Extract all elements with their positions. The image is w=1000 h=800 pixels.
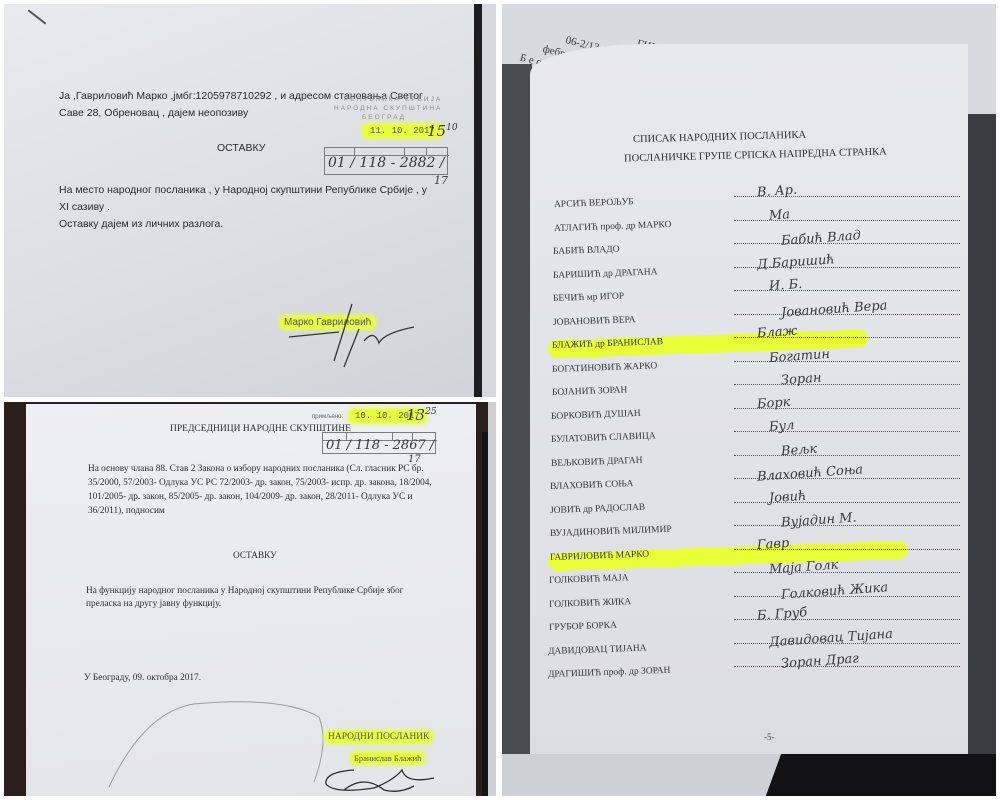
legal-basis-line: 101/2005- др. закон, 85/2005- др. закон,… (88, 492, 412, 502)
shadow-below (763, 754, 996, 796)
page-number: -5- (764, 732, 775, 742)
background-page-edge (482, 4, 496, 397)
binder-edge (474, 4, 482, 397)
registration-number: 01 / 118 - 2867 / (326, 438, 434, 453)
signature-blazic (314, 764, 444, 796)
stamp-label: примљено: (312, 414, 343, 420)
stamp-header-line: БЕОГРАД (362, 114, 406, 121)
signature-line (734, 290, 960, 291)
deputy-name: ГОЛКОВИЋ ЖИКА (549, 597, 632, 610)
resignation-letter-blazic: примљено: 10. 10. 2017 1325 ПРЕДСЕДНИЦИ … (4, 402, 496, 796)
body-line: На функцију народног посланика у Народно… (86, 586, 403, 596)
staple-mark (28, 9, 47, 24)
stamp-header-line: РЕПУБЛИКА СРБИЈА (344, 96, 442, 103)
deputy-signature: В. Ар. (757, 183, 798, 201)
resignation-letter-gavrilovic: Ја ,Гавриловић Марко ,јмбг:1205978710292… (4, 4, 496, 397)
signature-line (734, 572, 960, 573)
deputy-signature: Борк (757, 394, 791, 411)
body-line: преласка на другу јавну функцију. (86, 599, 221, 609)
deputy-signature: Зоран (781, 371, 823, 389)
signatory-role: НАРОДНИ ПОСЛАНИК (326, 732, 431, 742)
signature-line (734, 361, 960, 362)
received-time: 1510 (427, 122, 458, 140)
signature-line (734, 455, 960, 456)
deputy-signature: И. Б. (769, 277, 803, 294)
deputy-signature: Вељк (781, 441, 818, 458)
body-line: Оставку дајем из личних разлога. (59, 218, 223, 230)
registration-number: 01 / 118 - 2882 / (328, 155, 445, 171)
document-title: ОСТАВКУ (217, 142, 265, 154)
binder-edge (482, 432, 488, 796)
legal-basis-line: На основу члана 88. Став 2 Закона о избо… (88, 464, 424, 474)
registration-year: 17 (434, 174, 448, 187)
signatory-name: Бранислав Блажић (352, 753, 423, 763)
signature-line (734, 384, 960, 385)
signature-line (734, 431, 960, 432)
body-line: XI сазиву . (59, 201, 110, 213)
pencil-curve-mark (104, 682, 334, 792)
deputy-signature: Гавр (757, 535, 790, 552)
signature-line (734, 502, 960, 503)
stamp-header-line: НАРОДНА СКУПШТИНА (334, 105, 442, 112)
legal-basis-line: 35/2000, 57/2003- Одлука УС РС 72/2003- … (88, 478, 432, 488)
deputy-signature: Ма (769, 207, 791, 223)
body-line: На место народног посланика , у Народној… (59, 184, 427, 196)
surface-below (502, 754, 802, 796)
background-page-edge (488, 402, 496, 796)
deputy-signature: Јовић (769, 488, 807, 506)
signature-gavrilovic (284, 299, 424, 369)
deputy-signature: Блаж (757, 324, 798, 342)
document-title: ОСТАВКУ (233, 551, 277, 561)
binding-spine (502, 64, 532, 764)
intro-line: Саве 28, Обреновац , дајем неопозиву (59, 107, 248, 119)
signature-line (734, 220, 960, 221)
deputy-signature: Бул (769, 418, 795, 435)
received-time: 1325 (406, 406, 437, 424)
legal-basis-line: 36/2011), подносим (88, 506, 165, 516)
deputies-signature-list: ГИНА 06-2/13-19 ске интегра фебруар 2019… (502, 4, 996, 796)
